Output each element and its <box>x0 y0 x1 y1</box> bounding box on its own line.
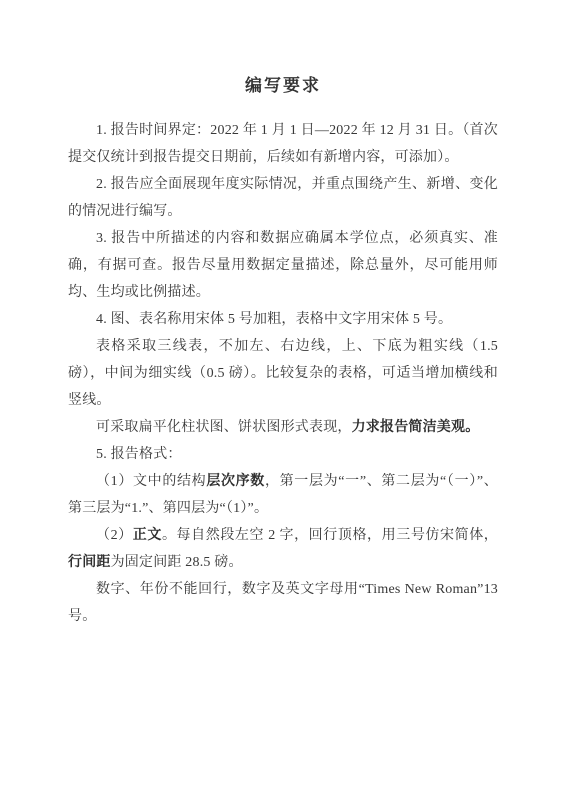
document-body: 1. 报告时间界定：2022 年 1 月 1 日—2022 年 12 月 31 … <box>68 117 498 630</box>
text-run: 数字、年份不能回行，数字及英文字母用“Times New Roman”13 号。 <box>68 582 498 624</box>
paragraph-report-format-heading: 5. 报告格式： <box>68 441 498 468</box>
paragraph-numbers-font: 数字、年份不能回行，数字及英文字母用“Times New Roman”13 号。 <box>68 576 498 630</box>
text-run: 3. 报告中所描述的内容和数据应确属本学位点，必须真实、准确，有据可查。报告尽量… <box>68 231 498 300</box>
text-run: 为固定间距 28.5 磅。 <box>111 555 243 570</box>
document-title: 编写要求 <box>68 76 498 96</box>
text-run: （1）文中的结构 <box>96 474 206 489</box>
paragraph-table-rules: 表格采取三线表，不加左、右边线，上、下底为粗实线（1.5 磅），中间为细实线（0… <box>68 333 498 414</box>
paragraph-annual-overview: 2. 报告应全面展现年度实际情况，并重点围绕产生、新增、变化的情况进行编写。 <box>68 171 498 225</box>
paragraph-structure-levels: （1）文中的结构层次序数，第一层为“一”、第二层为“（一）”、第三层为“1.”、… <box>68 468 498 522</box>
document-content: 编写要求 1. 报告时间界定：2022 年 1 月 1 日—2022 年 12 … <box>0 0 566 630</box>
text-run: 5. 报告格式： <box>96 447 182 462</box>
paragraph-report-period: 1. 报告时间界定：2022 年 1 月 1 日—2022 年 12 月 31 … <box>68 117 498 171</box>
text-run: 表格采取三线表，不加左、右边线，上、下底为粗实线（1.5 磅），中间为细实线（0… <box>68 339 498 408</box>
paragraph-chart-style: 可采取扁平化柱状图、饼状图形式表现，力求报告简洁美观。 <box>68 414 498 441</box>
text-run-bold: 正文 <box>133 528 162 543</box>
text-run-bold: 力求报告简洁美观。 <box>352 420 480 435</box>
document-page: 编写要求 1. 报告时间界定：2022 年 1 月 1 日—2022 年 12 … <box>0 0 566 800</box>
text-run: 1. 报告时间界定：2022 年 1 月 1 日—2022 年 12 月 31 … <box>68 123 498 165</box>
text-run-bold: 层次序数 <box>206 474 265 489</box>
text-run-bold: 行间距 <box>68 555 111 570</box>
text-run: （2） <box>96 528 133 543</box>
text-run: 可采取扁平化柱状图、饼状图形式表现， <box>96 420 352 435</box>
paragraph-data-accuracy: 3. 报告中所描述的内容和数据应确属本学位点，必须真实、准确，有据可查。报告尽量… <box>68 225 498 306</box>
text-run: 2. 报告应全面展现年度实际情况，并重点围绕产生、新增、变化的情况进行编写。 <box>68 177 498 219</box>
text-run: 4. 图、表名称用宋体 5 号加粗，表格中文字用宋体 5 号。 <box>96 312 452 327</box>
paragraph-main-text-format: （2）正文。每自然段左空 2 字，回行顶格，用三号仿宋简体，行间距为固定间距 2… <box>68 522 498 576</box>
text-run: 。每自然段左空 2 字，回行顶格，用三号仿宋简体， <box>162 528 498 543</box>
paragraph-figure-table-font: 4. 图、表名称用宋体 5 号加粗，表格中文字用宋体 5 号。 <box>68 306 498 333</box>
